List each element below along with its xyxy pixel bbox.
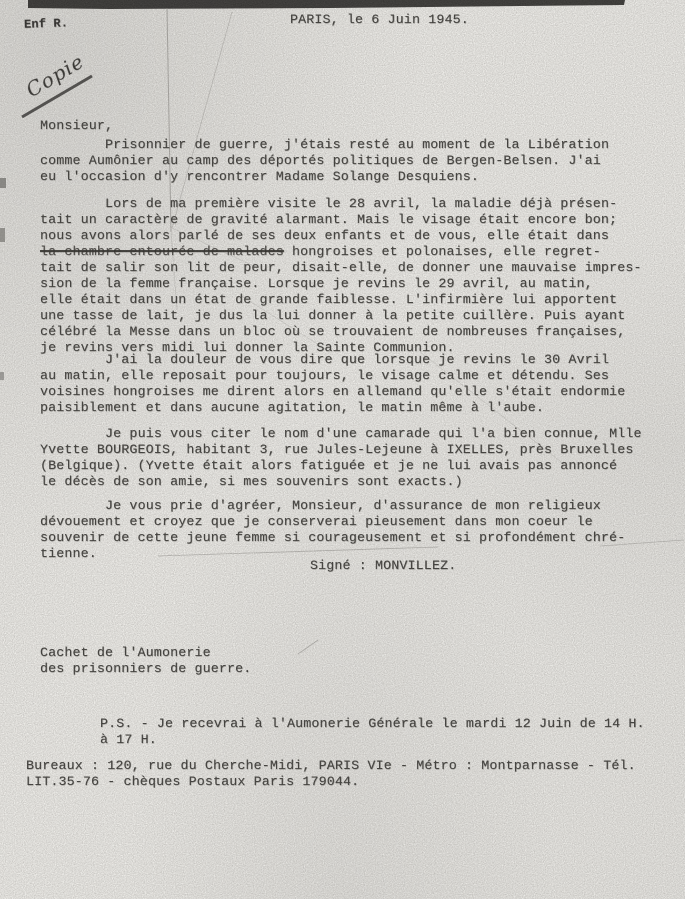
paragraph-2-after-strike: hongroises et polonaises, elle regret- t… bbox=[40, 244, 642, 355]
chaplaincy-stamp-note: Cachet de l'Aumonerie des prisonniers de… bbox=[40, 645, 251, 677]
scanned-letter-page: Copie Enf R. PARIS, le 6 Juin 1945. Mons… bbox=[0, 0, 685, 899]
paragraph-1: Prisonnier de guerre, j'étais resté au m… bbox=[40, 137, 609, 185]
date-line: PARIS, le 6 Juin 1945. bbox=[290, 12, 469, 28]
corner-annotation: Enf R. bbox=[24, 15, 69, 33]
paragraph-2-struck-text: la chambre entourée de malades bbox=[40, 244, 284, 259]
left-edge-mark-2 bbox=[0, 228, 5, 242]
scan-edge-band bbox=[28, 0, 625, 9]
left-edge-mark-1 bbox=[0, 178, 6, 188]
paragraph-3: J'ai la douleur de vous dire que lorsque… bbox=[40, 352, 625, 416]
left-edge-mark-3 bbox=[0, 372, 4, 380]
paragraph-5: Je vous prie d'agréer, Monsieur, d'assur… bbox=[40, 498, 625, 562]
signature-line: Signé : MONVILLEZ. bbox=[310, 558, 456, 574]
paragraph-2: Lors de ma première visite le 28 avril, … bbox=[40, 196, 642, 356]
paragraph-4: Je puis vous citer le nom d'une camarade… bbox=[40, 426, 642, 490]
paragraph-2-before-strike: Lors de ma première visite le 28 avril, … bbox=[40, 196, 617, 243]
copie-stamp: Copie bbox=[22, 49, 89, 102]
salutation: Monsieur, bbox=[40, 118, 113, 134]
crease-near-cachet bbox=[298, 640, 318, 654]
postscript: P.S. - Je recevrai à l'Aumonerie Général… bbox=[100, 716, 645, 748]
office-address-footer: Bureaux : 120, rue du Cherche-Midi, PARI… bbox=[26, 758, 636, 790]
